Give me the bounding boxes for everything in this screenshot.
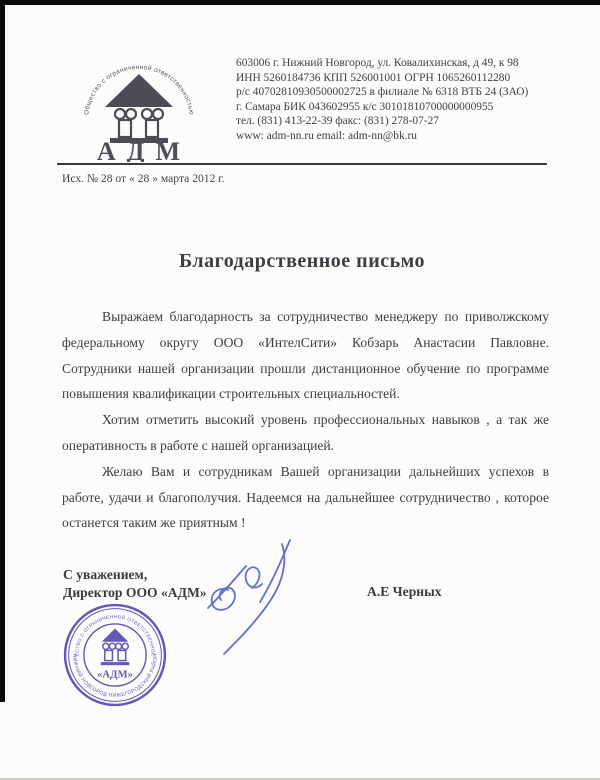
reference-line: Исх. № 28 от « 28 » марта 2012 г.	[62, 172, 225, 185]
closing-block: С уважением, Директор ООО «АДМ»	[63, 566, 207, 601]
letterhead-divider	[57, 163, 547, 165]
letter-title: Благодарственное письмо	[57, 250, 547, 273]
stamp-middle-ring	[69, 609, 162, 702]
closing-line: С уважением,	[63, 566, 207, 584]
company-name: АДМ	[97, 137, 191, 162]
address-line: г. Самара БИК 043602955 к/с 301018107000…	[236, 100, 566, 115]
signer-title: Директор ООО «АДМ»	[63, 584, 207, 602]
stamp-company-name: «АДМ»	[97, 668, 133, 680]
company-stamp: ОБЩЕСТВО С ОГРАНИЧЕННОЙ ОТВЕТСТВЕННОСТЬЮ…	[62, 602, 168, 708]
body-paragraph: Выражаем благодарность за сотрудничество…	[62, 304, 549, 407]
address-line: ИНН 5260184736 КПП 526001001 ОГРН 106526…	[236, 71, 566, 86]
body-paragraph: Желаю Вам и сотрудникам Вашей организаци…	[62, 459, 549, 536]
address-line: 603006 г. Нижний Новгород, ул. Ковалихин…	[236, 56, 566, 71]
stamp-logo-icon	[101, 629, 130, 666]
scan-edge-left	[0, 0, 5, 702]
address-line: тел. (831) 413-22-39 факс: (831) 278-07-…	[236, 114, 566, 129]
body-paragraph: Хотим отметить высокий уровень профессио…	[62, 407, 549, 459]
handwritten-signature	[190, 538, 320, 660]
address-line: www: adm-nn.ru email: adm-nn@bk.ru	[236, 129, 566, 144]
logo-roof-icon	[105, 74, 173, 107]
signer-name: А.Е Черных	[367, 584, 442, 600]
address-block: 603006 г. Нижний Новгород, ул. Ковалихин…	[236, 56, 566, 144]
address-line: р/с 40702810930500002725 в филиале № 631…	[236, 85, 566, 100]
letter-body: Выражаем благодарность за сотрудничество…	[62, 304, 549, 536]
signature-strokes-icon	[208, 540, 290, 654]
letter-page: Общество с ограниченной ответственностью…	[0, 0, 600, 780]
logo-columns-icon	[115, 109, 163, 137]
company-logo: Общество с ограниченной ответственностью…	[80, 50, 198, 162]
scan-edge-top	[0, 0, 600, 5]
